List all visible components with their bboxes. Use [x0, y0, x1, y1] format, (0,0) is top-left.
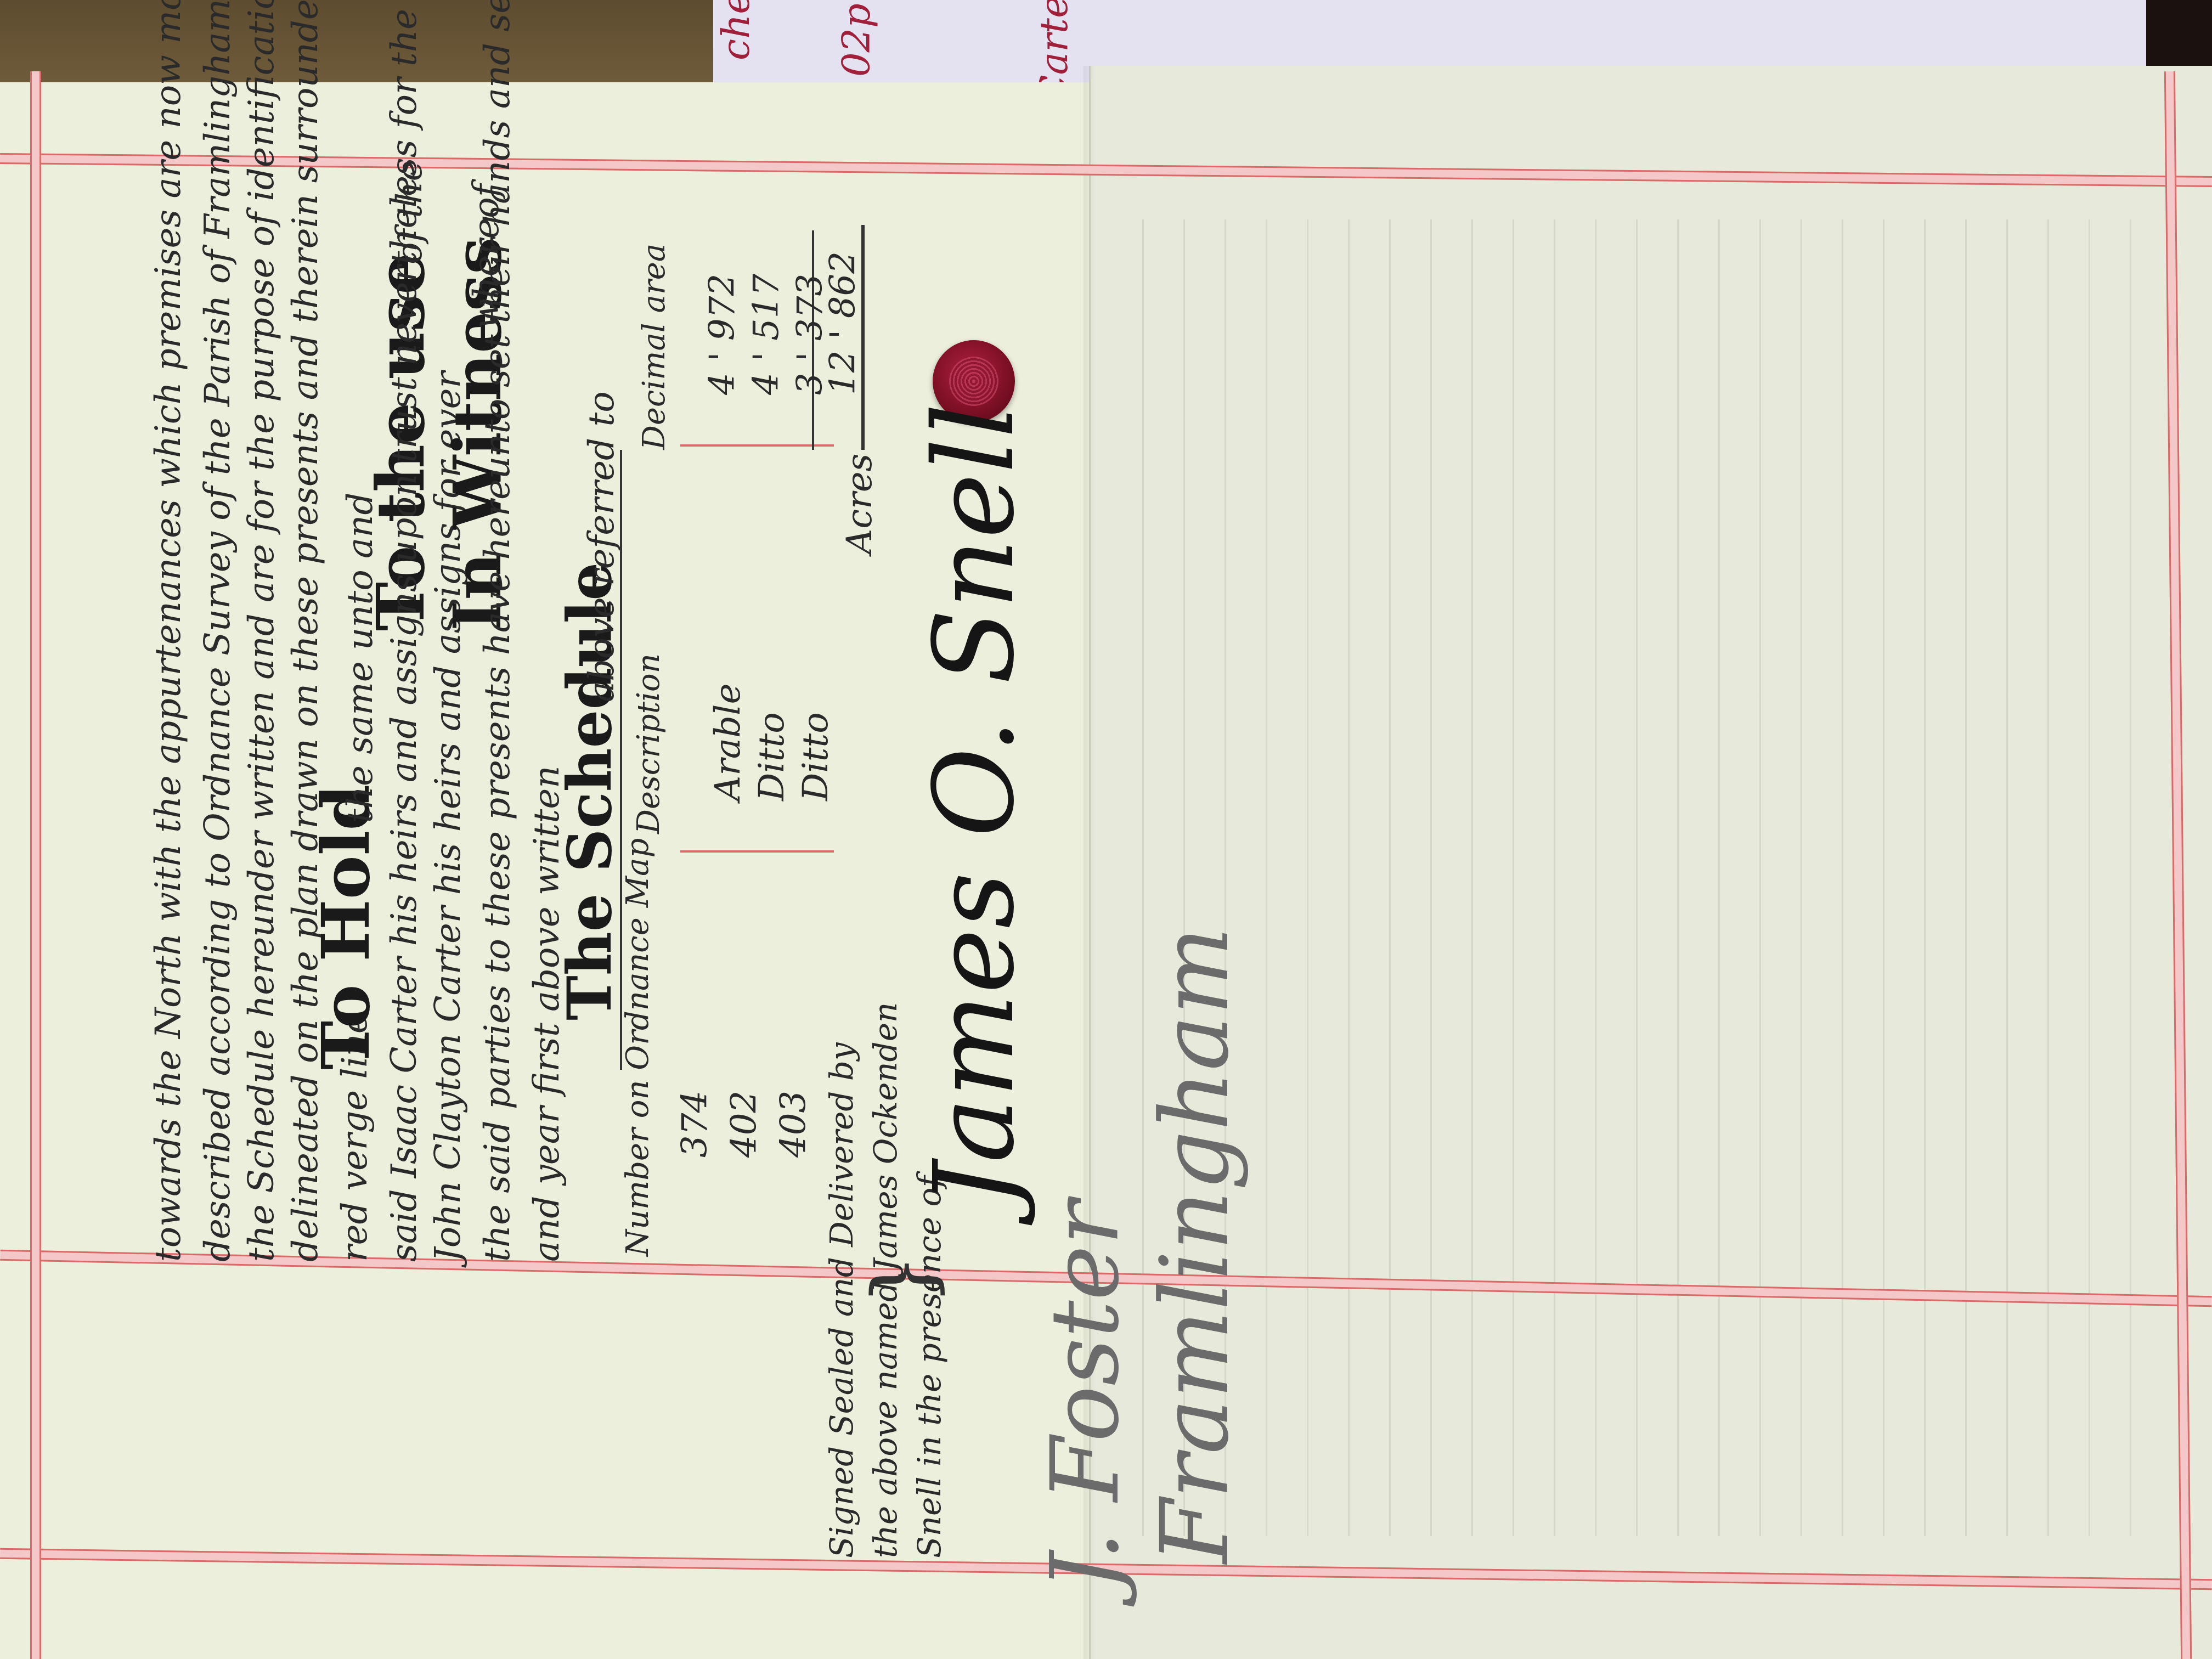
grantor-signature: James O. Snell [911, 403, 1039, 1207]
total-area: 12 ' 862 [823, 251, 864, 395]
attestation-line-3: Snell in the presence of [911, 1176, 948, 1558]
schedule-subtitle: above referred to [582, 391, 622, 702]
row-2-description: Ditto [752, 712, 792, 801]
row-1-area: 4 ' 972 [702, 274, 743, 395]
row-3-number: 403 [774, 1091, 814, 1158]
body-line-2: described according to Ordnance Survey o… [198, 0, 238, 1262]
body-line-6: said Isaac Carter his heirs and assigns … [384, 0, 425, 1262]
margin-note-2: 02p [834, 3, 879, 77]
witness-signature-2: Framlingham [1141, 927, 1250, 1564]
column-header-area: Decimal area [636, 244, 672, 450]
row-1-description: Arable [708, 684, 748, 801]
attestation-line-1: Signed Sealed and Delivered by [823, 1042, 860, 1558]
column-header-description: Description [631, 653, 667, 834]
margin-note-1: ches [713, 0, 758, 60]
body-line-1: towards the North with the appurtenances… [148, 0, 189, 1262]
attestation-brace: } [856, 1254, 951, 1306]
row-3-description: Ditto [795, 712, 836, 801]
row-2-area: 4 ' 517 [746, 274, 787, 395]
column-divider-2 [680, 444, 834, 447]
witness-signature-1: J. Foster [1031, 1201, 1140, 1591]
ruled-lines [1103, 219, 2145, 1536]
red-rule-left [30, 71, 41, 1659]
body-line-4: delineated on the plan drawn on these pr… [285, 0, 326, 1262]
body-line-3: the Schedule hereunder written and are f… [241, 0, 282, 1262]
row-2-number: 402 [724, 1091, 765, 1158]
column-divider-1 [680, 850, 834, 853]
total-label: Acres [839, 454, 880, 554]
row-1-number: 374 [675, 1091, 715, 1158]
to-hold-heading: To Hold [307, 785, 385, 1070]
body-line-8: the said parties to these presents have … [477, 0, 518, 1262]
column-header-number: Number on Ordnance Map [620, 838, 656, 1256]
